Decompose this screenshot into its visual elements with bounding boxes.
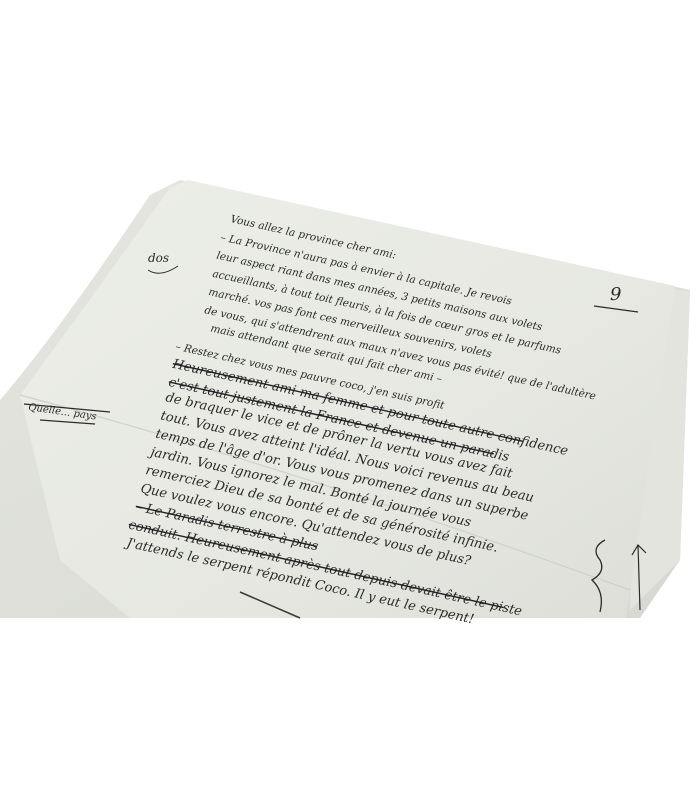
manuscript-svg: 9 dos Quelle... pays Vous allez la provi… [0,0,700,800]
svg-text:dos: dos [148,251,169,265]
svg-text:9: 9 [610,284,621,305]
manuscript-photo: 9 dos Quelle... pays Vous allez la provi… [0,0,700,800]
